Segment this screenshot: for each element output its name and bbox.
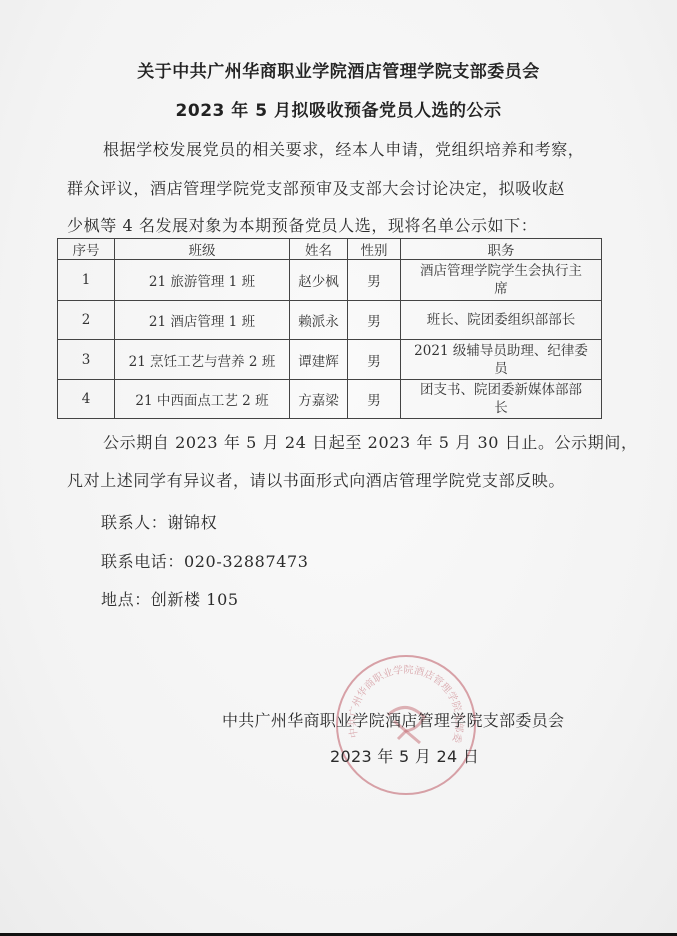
cell-name: 谭建辉 xyxy=(290,340,348,380)
signature-org: 中共广州华商职业学院酒店管理学院支部委员会 xyxy=(222,708,564,731)
signature-date: 2023 年 5 月 24 日 xyxy=(330,744,479,767)
header-gender: 性别 xyxy=(348,239,401,260)
cell-gender: 男 xyxy=(348,340,401,380)
header-class: 班级 xyxy=(115,239,290,260)
table-row: 4 21 中西面点工艺 2 班 方嘉梁 男 团支书、院团委新媒体部部长 xyxy=(58,380,602,419)
cell-class: 21 中西面点工艺 2 班 xyxy=(115,380,290,419)
cell-gender: 男 xyxy=(348,380,401,419)
document-title-line1: 关于中共广州华商职业学院酒店管理学院支部委员会 xyxy=(0,57,677,82)
contact-person: 联系人：谢锦权 xyxy=(101,510,217,533)
notice-line2: 凡对上述同学有异议者，请以书面形式向酒店管理学院党支部反映。 xyxy=(67,468,565,491)
header-no: 序号 xyxy=(58,239,115,260)
table-header-row: 序号 班级 姓名 性别 职务 xyxy=(58,239,602,260)
cell-duty: 班长、院团委组织部部长 xyxy=(401,301,602,340)
candidate-table: 序号 班级 姓名 性别 职务 1 21 旅游管理 1 班 赵少枫 男 酒店管理学… xyxy=(57,238,602,419)
duty-line2: 席 xyxy=(405,280,597,298)
cell-name: 赖派永 xyxy=(290,301,348,340)
cell-class: 21 烹饪工艺与营养 2 班 xyxy=(115,340,290,380)
cell-no: 2 xyxy=(58,301,115,340)
cell-class: 21 酒店管理 1 班 xyxy=(115,301,290,340)
cell-name: 方嘉梁 xyxy=(290,380,348,419)
contact-phone: 联系电话：020-32887473 xyxy=(101,549,309,572)
intro-line3: 少枫等 4 名发展对象为本期预备党员人选，现将名单公示如下： xyxy=(67,213,537,236)
duty-line1: 酒店管理学院学生会执行主 xyxy=(405,262,597,280)
cell-gender: 男 xyxy=(348,260,401,301)
notice-line1: 公示期自 2023 年 5 月 24 日起至 2023 年 5 月 30 日止。… xyxy=(103,430,638,453)
header-name: 姓名 xyxy=(290,239,348,260)
cell-name: 赵少枫 xyxy=(290,260,348,301)
intro-line1: 根据学校发展党员的相关要求，经本人申请，党组织培养和考察， xyxy=(103,137,584,160)
document-page: 关于中共广州华商职业学院酒店管理学院支部委员会 2023 年 5 月拟吸收预备党… xyxy=(0,0,677,933)
cell-duty: 2021 级辅导员助理、纪律委员 xyxy=(401,340,602,380)
duty-line1: 2021 级辅导员助理、纪律委 xyxy=(405,342,597,360)
intro-line2: 群众评议，酒店管理学院党支部预审及支部大会讨论决定，拟吸收赵 xyxy=(67,176,565,199)
duty-line2: 员 xyxy=(405,360,597,378)
table-row: 3 21 烹饪工艺与营养 2 班 谭建辉 男 2021 级辅导员助理、纪律委员 xyxy=(58,340,602,380)
cell-duty: 团支书、院团委新媒体部部长 xyxy=(401,380,602,419)
cell-no: 1 xyxy=(58,260,115,301)
cell-duty: 酒店管理学院学生会执行主席 xyxy=(401,260,602,301)
cell-gender: 男 xyxy=(348,301,401,340)
location: 地点：创新楼 105 xyxy=(101,587,239,610)
document-title-line2: 2023 年 5 月拟吸收预备党员人选的公示 xyxy=(0,96,677,121)
svg-text:中共广州华商职业学院酒店管理学院支部委员会: 中共广州华商职业学院酒店管理学院支部委员会 xyxy=(338,657,466,744)
cell-no: 4 xyxy=(58,380,115,419)
table-row: 1 21 旅游管理 1 班 赵少枫 男 酒店管理学院学生会执行主席 xyxy=(58,260,602,301)
header-duty: 职务 xyxy=(401,239,602,260)
duty-line1: 团支书、院团委新媒体部部 xyxy=(405,381,597,399)
cell-no: 3 xyxy=(58,340,115,380)
cell-class: 21 旅游管理 1 班 xyxy=(115,260,290,301)
duty-line2: 长 xyxy=(405,399,597,417)
table-row: 2 21 酒店管理 1 班 赖派永 男 班长、院团委组织部部长 xyxy=(58,301,602,340)
